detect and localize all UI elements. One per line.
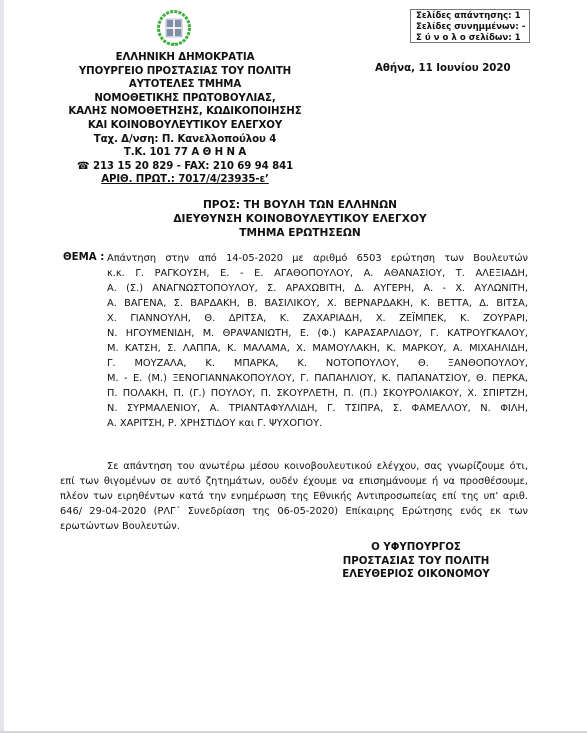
letterhead-line: ΕΛΛΗΝΙΚΗ ΔΗΜΟΚΡΑΤΙΑ [60, 51, 310, 65]
protocol-number: ΑΡΙΘ. ΠΡΩΤ.: 7017/4/23935-ε’ [60, 173, 310, 187]
text-line: Γ. ΜΟΥΖΑΛΑ, Κ. ΜΠΑΡΚΑ, Κ. ΝΟΤΟΠΟΥΛΟΥ, Θ.… [107, 356, 528, 371]
page-count-box: Σελίδες απάντησης: 1 Σελίδες συνημμένων:… [410, 9, 530, 43]
letterhead-line: ΥΠΟΥΡΓΕΙΟ ΠΡΟΣΤΑΣΙΑΣ ΤΟΥ ΠΟΛΙΤΗ [60, 65, 310, 79]
signatory-name: ΕΛΕΥΘΕΡΙΟΣ ΟΙΚΟΝΟΜΟΥ [316, 568, 516, 582]
text-line: 646/ 29-04-2020 (ΡΛΓ΄ Συνεδρίαση της 06-… [60, 504, 528, 519]
text-line: Α. ΒΑΓΕΝΑ, Σ. ΒΑΡΔΑΚΗ, Β. ΒΑΣΙΛΙΚΟΥ, Χ. … [107, 296, 528, 311]
text-line: κ.κ. Γ. ΡΑΓΚΟΥΣΗ, Ε. - Ε. ΑΓΑΘΟΠΟΥΛΟΥ, Α… [107, 266, 528, 281]
letterhead: ΕΛΛΗΝΙΚΗ ΔΗΜΟΚΡΑΤΙΑ ΥΠΟΥΡΓΕΙΟ ΠΡΟΣΤΑΣΙΑΣ… [60, 51, 310, 187]
signatory-ministry: ΠΡΟΣΤΑΣΙΑΣ ΤΟΥ ΠΟΛΙΤΗ [316, 555, 516, 569]
phone-fax-text: 213 15 20 829 - FAX: 210 69 94 841 [93, 161, 293, 172]
text-line: ερωτώντων Βουλευτών. [60, 519, 528, 534]
recipient-block: ΠΡΟΣ: ΤΗ ΒΟΥΛΗ ΤΩΝ ΕΛΛΗΝΩΝ ΔΙΕΥΘΥΝΣΗ ΚΟΙ… [150, 198, 450, 240]
phone-icon: ☎ [77, 161, 90, 172]
total-pages: Σ ύ ν ο λ ο σελίδων: 1 [416, 33, 529, 44]
document-date: Αθήνα, 11 Ιουνίου 2020 [375, 63, 511, 74]
page-left-edge [0, 0, 4, 733]
subject-text: Απάντηση στην από 14-05-2020 με αριθμό 6… [107, 251, 528, 431]
text-line: επί των θιγομένων σε αυτό ζητημάτων, ουδ… [60, 474, 528, 489]
signature-block: Ο ΥΦΥΠΟΥΡΓΟΣ ΠΡΟΣΤΑΣΙΑΣ ΤΟΥ ΠΟΛΙΤΗ ΕΛΕΥΘ… [316, 541, 516, 582]
greek-coat-of-arms-icon [157, 10, 191, 46]
reply-pages: Σελίδες απάντησης: 1 [416, 11, 529, 22]
letterhead-line: ΑΥΤΟΤΕΛΕΣ ΤΜΗΜΑ [60, 78, 310, 92]
recipient-line: ΠΡΟΣ: ΤΗ ΒΟΥΛΗ ΤΩΝ ΕΛΛΗΝΩΝ [150, 198, 450, 212]
text-line: Σε απάντηση του ανωτέρω μέσου κοινοβουλε… [60, 459, 528, 474]
text-line: Π. ΠΟΛΑΚΗ, Π. (Γ.) ΠΟΥΛΟΥ, Π. ΣΚΟΥΡΛΕΤΗ,… [107, 386, 528, 401]
letterhead-line: ΚΑΙ ΚΟΙΝΟΒΟΥΛΕΥΤΙΚΟΥ ΕΛΕΓΧΟΥ [60, 119, 310, 133]
text-line: Ν. ΣΥΡΜΑΛΕΝΙΟΥ, Α. ΤΡΙΑΝΤΑΦΥΛΛΙΔΗ, Γ. ΤΣ… [107, 401, 528, 416]
text-line: Α. (Σ.) ΑΝΑΓΝΩΣΤΟΠΟΥΛΟΥ, Σ. ΑΡΑΧΩΒΙΤΗ, Δ… [107, 281, 528, 296]
recipient-line: ΔΙΕΥΘΥΝΣΗ ΚΟΙΝΟΒΟΥΛΕΥΤΙΚΟΥ ΕΛΕΓΧΟΥ [150, 212, 450, 226]
letterhead-line: ΝΟΜΟΘΕΤΙΚΗΣ ΠΡΩΤΟΒΟΥΛΙΑΣ, [60, 92, 310, 106]
text-line: Χ. ΓΙΑΝΝΟΥΛΗ, Θ. ΔΡΙΤΣΑ, Κ. ΖΑΧΑΡΙΑΔΗ, Χ… [107, 311, 528, 326]
letterhead-phone-fax: ☎ 213 15 20 829 - FAX: 210 69 94 841 [60, 160, 310, 174]
text-line: Απάντηση στην από 14-05-2020 με αριθμό 6… [107, 251, 528, 266]
text-line: πλέον των ειρηθέντων κατά την ενημέρωση … [60, 489, 528, 504]
text-line: Ν. ΗΓΟΥΜΕΝΙΔΗ, Μ. ΘΡΑΨΑΝΙΩΤΗ, Ε. (Φ.) ΚΑ… [107, 326, 528, 341]
letterhead-address: Ταχ. Δ/νση: Π. Κανελλοπούλου 4 [60, 133, 310, 147]
attachment-pages: Σελίδες συνημμένων: - [416, 22, 529, 33]
letterhead-line: ΚΑΛΗΣ ΝΟΜΟΘΕΤΗΣΗΣ, ΚΩΔΙΚΟΠΟΙΗΣΗΣ [60, 105, 310, 119]
text-line: Α. ΧΑΡΙΤΣΗ, Ρ. ΧΡΗΣΤΙΔΟΥ και Γ. ΨΥΧΟΓΙΟΥ… [107, 416, 528, 431]
subject-label: ΘΕΜΑ : [63, 252, 104, 263]
recipient-line: ΤΜΗΜΑ ΕΡΩΤΗΣΕΩΝ [150, 226, 450, 240]
signatory-title: Ο ΥΦΥΠΟΥΡΓΟΣ [316, 541, 516, 555]
letterhead-postal-code: Τ.Κ. 101 77 Α Θ Η Ν Α [60, 146, 310, 160]
text-line: Μ. ΚΑΤΣΗ, Σ. ΛΑΠΠΑ, Κ. ΜΑΛΑΜΑ, Χ. ΜΑΜΟΥΛ… [107, 341, 528, 356]
text-line: Μ. - Ε. (Μ.) ΞΕΝΟΓΙΑΝΝΑΚΟΠΟΥΛΟΥ, Γ. ΠΑΠΑ… [107, 371, 528, 386]
reply-paragraph: Σε απάντηση του ανωτέρω μέσου κοινοβουλε… [60, 459, 528, 534]
